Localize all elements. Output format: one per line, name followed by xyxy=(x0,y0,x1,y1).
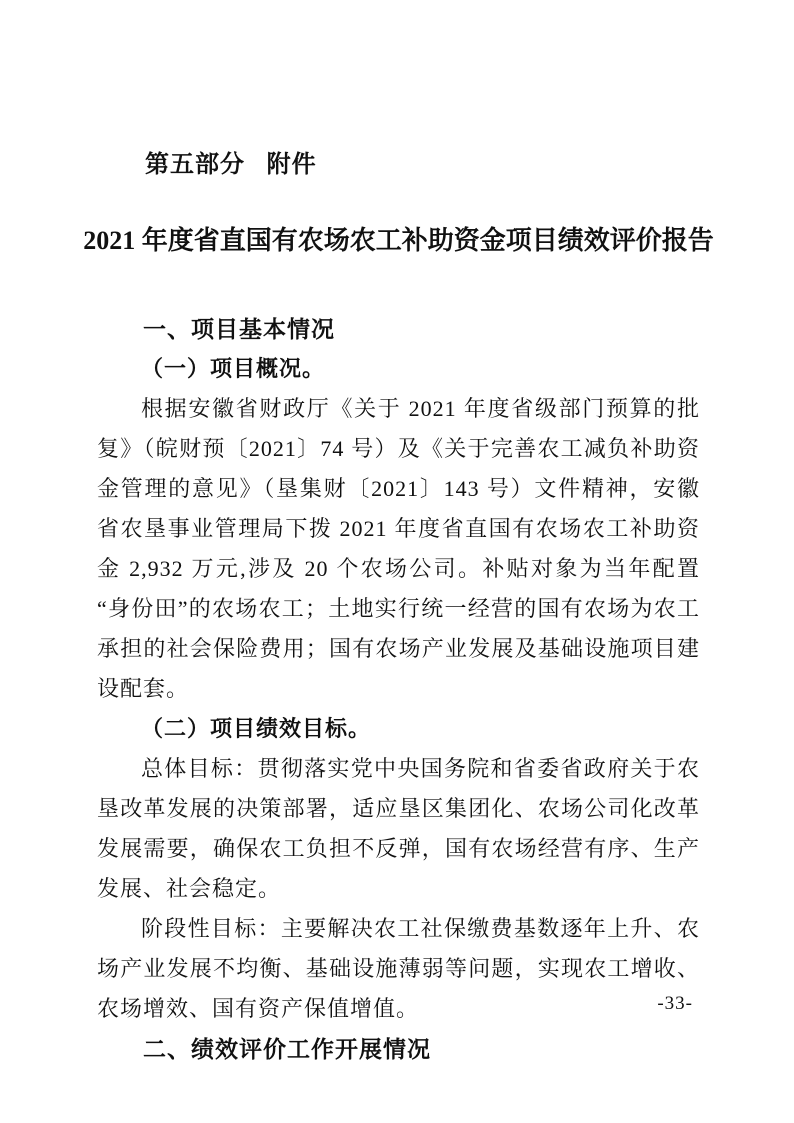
document-body: 一、项目基本情况 （一）项目概况。 根据安徽省财政厅《关于 2021 年度省级部… xyxy=(97,309,700,1069)
paragraph-stage-goal: 阶段性目标：主要解决农工社保缴费基数逐年上升、农场产业发展不均衡、基础设施薄弱等… xyxy=(97,909,700,1029)
part-label: 第五部分 附件 xyxy=(97,150,700,180)
section-heading-project-basic-info: 一、项目基本情况 xyxy=(97,309,700,349)
paragraph-project-overview: 根据安徽省财政厅《关于 2021 年度省级部门预算的批复》（皖财预〔2021〕7… xyxy=(97,389,700,709)
page-content: 第五部分 附件 2021 年度省直国有农场农工补助资金项目绩效评价报告 一、项目… xyxy=(97,0,700,1069)
paragraph-overall-goal: 总体目标：贯彻落实党中央国务院和省委省政府关于农垦改革发展的决策部署，适应垦区集… xyxy=(97,749,700,909)
subsection-heading-performance-goals: （二）项目绩效目标。 xyxy=(97,709,700,749)
document-title-text: 2021 年度省直国有农场农工补助资金项目绩效评价报告 xyxy=(83,222,714,260)
page-number: -33- xyxy=(657,994,693,1014)
document-page: 第五部分 附件 2021 年度省直国有农场农工补助资金项目绩效评价报告 一、项目… xyxy=(0,0,794,1123)
document-title: 2021 年度省直国有农场农工补助资金项目绩效评价报告 xyxy=(97,222,700,260)
section-heading-evaluation-work: 二、绩效评价工作开展情况 xyxy=(97,1029,700,1069)
subsection-heading-project-overview: （一）项目概况。 xyxy=(97,349,700,389)
